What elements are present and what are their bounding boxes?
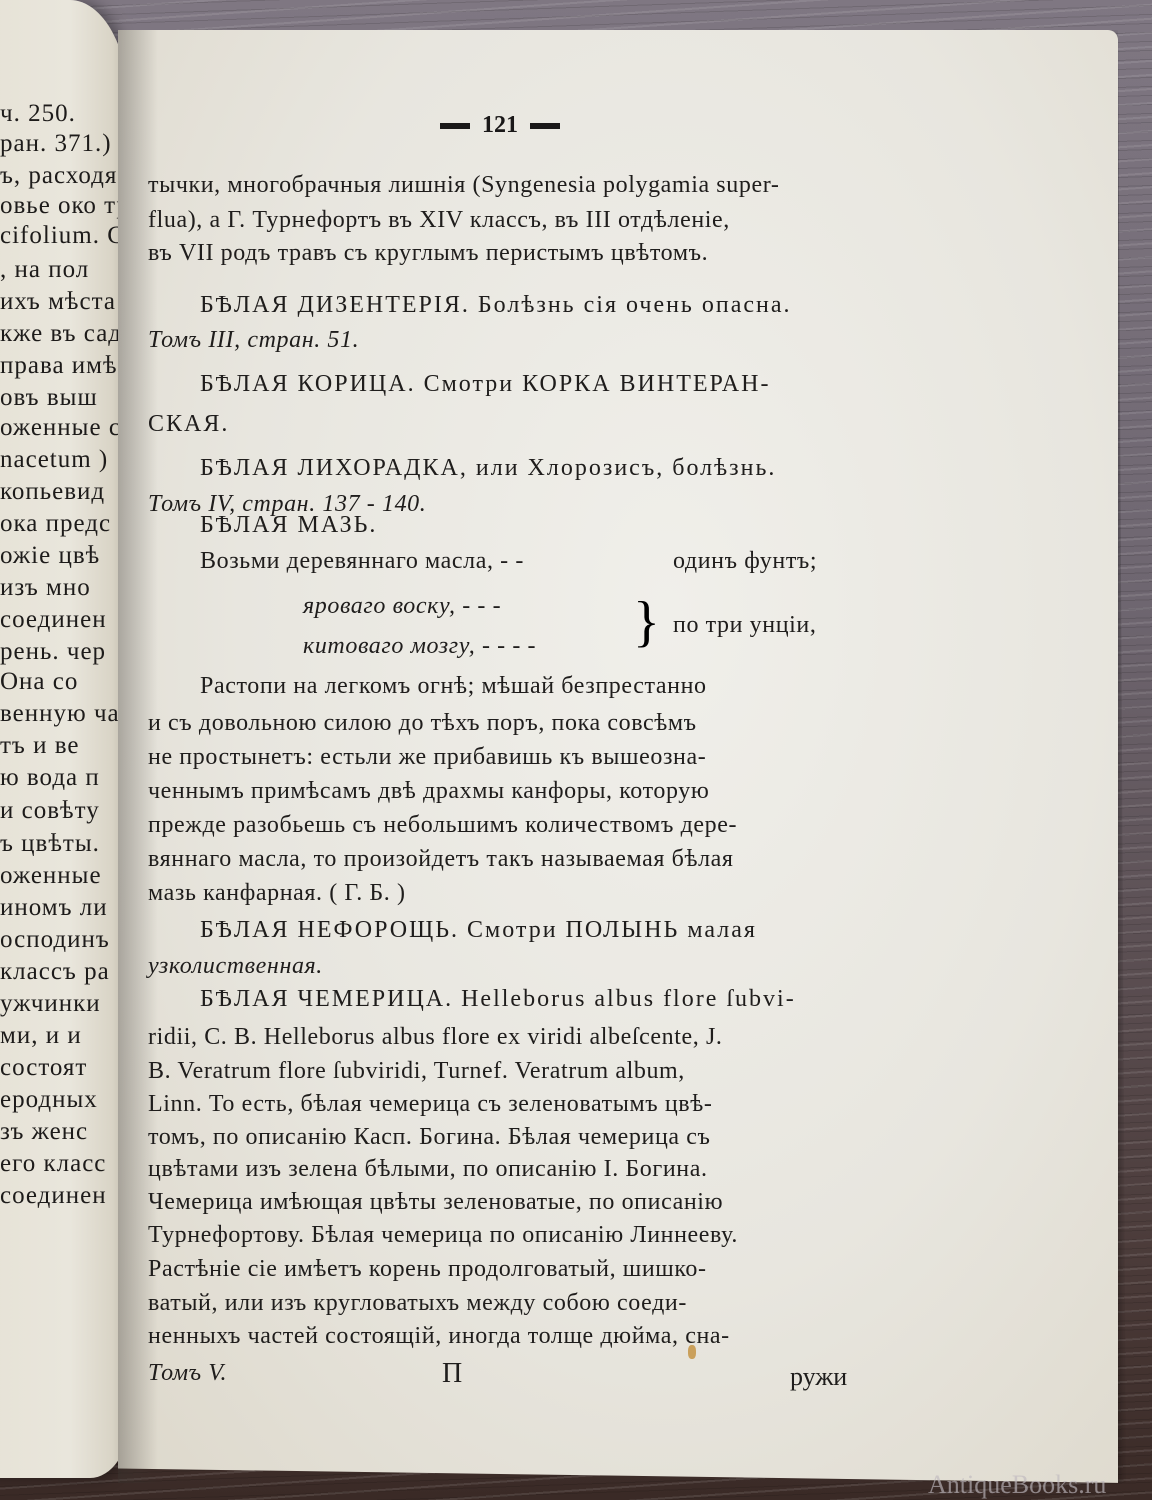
left-page-text-line: , на пол [0, 256, 89, 284]
text-line: Растопи на легкомъ огнѣ; мѣшай безпреста… [200, 673, 707, 700]
left-page-text-line: овье око тр [0, 192, 130, 220]
text-line: ridii, C. B. Helleborus albus flore ex v… [148, 1024, 723, 1051]
text-line: въ VII родъ травъ съ круглымъ перистымъ … [148, 240, 708, 267]
page-number: 121 [482, 112, 518, 138]
left-page-text-line: оженные [0, 862, 102, 890]
text-line: мазь канфарная. ( Г. Б. ) [148, 880, 406, 907]
text-line: узколиственная. [148, 953, 323, 980]
recipe-line-3: китоваго мозгу, - - - - [303, 633, 536, 660]
text-line: Чемерица имѣющая цвѣты зеленоватые, по о… [148, 1189, 723, 1216]
left-page-text-line: ю вода п [0, 764, 100, 792]
left-page-text-line: его класс [0, 1150, 106, 1178]
recipe-qty-1: одинъ фунтъ; [673, 548, 817, 575]
text-line: Турнефортову. Бѣлая чемерица по описанію… [148, 1222, 738, 1249]
left-page-text-line: изъ мно [0, 574, 91, 602]
text-line: ватый, или изъ кругловатыхъ между собою … [148, 1290, 687, 1317]
left-page-text-line: оженные с [0, 414, 121, 442]
text-line: вяннаго масла, то произойдетъ такъ назыв… [148, 846, 734, 873]
ornament-dash-left [440, 123, 470, 129]
left-page-text-line: cifolium. Co [0, 222, 130, 250]
signature-mark: П [442, 1358, 462, 1390]
text-line: ненныхъ частей состоящій, иногда толще д… [148, 1323, 730, 1350]
left-page-text-line: nacetum ) [0, 446, 108, 474]
text-line: и съ довольною силою до тѣхъ поръ, пока … [148, 710, 697, 737]
curly-brace-icon: } [633, 594, 660, 650]
text-line: ченнымъ примѣсамъ двѣ драхмы канфоры, ко… [148, 778, 709, 805]
entry-heading-cinnamon: БѢЛАЯ КОРИЦА. Смотри КОРКА ВИНТЕРАН- [200, 371, 770, 398]
left-page-text-line: ми, и и [0, 1022, 82, 1050]
volume-footer: Томъ V. [148, 1360, 227, 1387]
recipe-line-2: яроваго воску, - - - [303, 593, 501, 620]
text-line: B. Veratrum flore ſubviridi, Turnef. Ver… [148, 1058, 685, 1085]
left-page-text-line: права имѣ [0, 352, 118, 380]
entry-heading-wormwood: БѢЛАЯ НЕФОРОЩЬ. Смотри ПОЛЫНЬ малая [200, 917, 757, 944]
text-line: Linn. То есть, бѣлая чемерица съ зеленов… [148, 1091, 712, 1118]
left-page-text-line: иномъ ли [0, 894, 108, 922]
recipe-qty-2: по три унціи, [673, 612, 816, 639]
catchword: ружи [790, 1362, 847, 1392]
left-page-text-line: классъ ра [0, 958, 110, 986]
entry-heading-ointment: БѢЛАЯ МАЗЬ. [200, 512, 377, 539]
left-facing-page: ч. 250.ран. 371.)ъ, расходяовье око трci… [0, 0, 130, 1478]
left-page-text-line: ужчинки [0, 990, 101, 1018]
left-page-text-line: тъ и ве [0, 732, 80, 760]
ornament-dash-right [530, 123, 560, 129]
left-page-text-line: кже въ сад [0, 320, 122, 348]
entry-heading-fever: БѢЛАЯ ЛИХОРАДКА, или Хлорозисъ, болѣзнь. [200, 455, 776, 482]
left-page-text-line: венную ча [0, 700, 120, 728]
left-page-text-line: еродных [0, 1086, 98, 1114]
running-head: 121 [425, 112, 575, 139]
left-page-text-line: ожіе цвѣ [0, 542, 100, 570]
text-line: Томъ III, стран. 51. [148, 327, 359, 354]
entry-heading-hellebore: БѢЛАЯ ЧЕМЕРИЦА. Helleborus albus flore ſ… [200, 986, 796, 1013]
left-page-text-line: ъ, расходя [0, 162, 117, 190]
text-line: тычки, многобрачныя лишнія (Syngenesia p… [148, 172, 779, 199]
left-page-text-line: ихъ мѣста [0, 288, 116, 316]
left-page-text-line: рень. чер [0, 638, 106, 666]
left-page-text-line: и совѣту [0, 797, 100, 825]
left-page-text-line: соединен [0, 1182, 107, 1210]
watermark: AntiqueBooks.ru [928, 1470, 1106, 1500]
left-page-text-line: Она со [0, 668, 78, 696]
left-page-text-line: ч. 250. [0, 100, 76, 128]
text-line: flua), а Г. Турнефортъ въ XIV классъ, въ… [148, 207, 730, 234]
text-line: Растѣніе сіе имѣетъ корень продолговатый… [148, 1256, 707, 1283]
text-line: цвѣтами изъ зелена бѣлыми, по описанію І… [148, 1156, 708, 1183]
left-page-text-line: соединен [0, 606, 107, 634]
left-page-text-line: ока предс [0, 510, 111, 538]
text-line: прежде разобьешь съ небольшимъ количеств… [148, 812, 737, 839]
left-page-text-line: зъ женс [0, 1118, 88, 1146]
left-page-text-line: ран. 371.) [0, 130, 112, 158]
recipe-line-1: Возьми деревяннаго масла, - - [200, 548, 524, 575]
left-page-text-line: состоят [0, 1054, 87, 1082]
text-line: СКАЯ. [148, 411, 229, 438]
left-page-text-line: осподинъ [0, 926, 110, 954]
left-page-text-line: овъ выш [0, 384, 98, 412]
entry-heading-dysentery: БѢЛАЯ ДИЗЕНТЕРІЯ. Болѣзнь сія очень опас… [200, 292, 792, 319]
foxing-stain [688, 1345, 696, 1359]
left-page-text-line: ъ цвѣты. [0, 830, 100, 858]
left-page-text-line: копьевид [0, 478, 105, 506]
text-line: томъ, по описанію Касп. Богина. Бѣлая че… [148, 1124, 711, 1151]
text-line: не простынетъ: естьли же прибавишь къ вы… [148, 744, 706, 771]
